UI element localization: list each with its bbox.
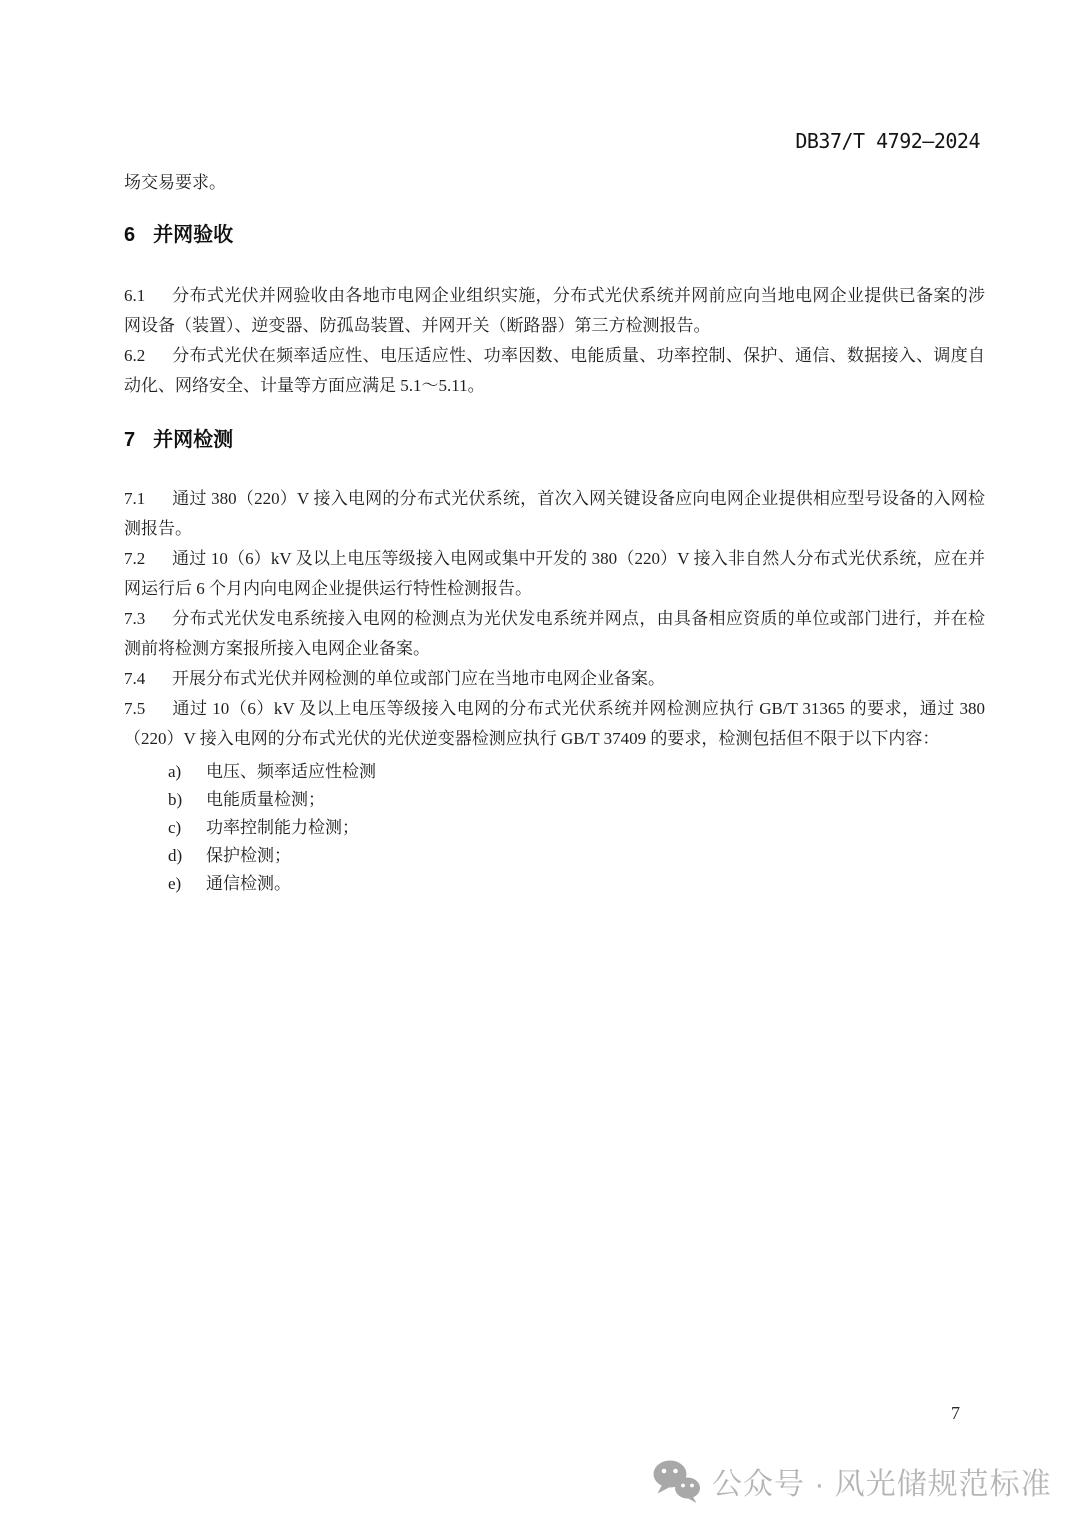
list-marker: e) <box>168 870 206 898</box>
section-title: 并网验收 <box>153 224 233 246</box>
clause-6-1: 6.1分布式光伏并网验收由各地市电网企业组织实施，分布式光伏系统并网前应向当地电… <box>124 281 985 341</box>
clause-7-1: 7.1通过 380（220）V 接入电网的分布式光伏系统，首次入网关键设备应向电… <box>124 484 985 544</box>
document-body: 场交易要求。 6并网验收 6.1分布式光伏并网验收由各地市电网企业组织实施，分布… <box>124 168 985 898</box>
list-marker: d) <box>168 842 206 870</box>
clause-7-2: 7.2通过 10（6）kV 及以上电压等级接入电网或集中开发的 380（220）… <box>124 544 985 604</box>
clause-number: 7.3 <box>124 604 172 634</box>
clause-text: 分布式光伏并网验收由各地市电网企业组织实施，分布式光伏系统并网前应向当地电网企业… <box>124 286 985 335</box>
list-item-e: e)通信检测。 <box>168 870 985 898</box>
clause-text: 开展分布式光伏并网检测的单位或部门应在当地市电网企业备案。 <box>172 669 665 688</box>
list-marker: b) <box>168 786 206 814</box>
section-6-heading: 6并网验收 <box>124 222 985 248</box>
list-item-b: b)电能质量检测； <box>168 786 985 814</box>
clause-text: 通过 10（6）kV 及以上电压等级接入电网或集中开发的 380（220）V 接… <box>124 549 985 598</box>
list-item-a: a)电压、频率适应性检测 <box>168 758 985 786</box>
list-item-c: c)功率控制能力检测； <box>168 814 985 842</box>
clause-7-5: 7.5通过 10（6）kV 及以上电压等级接入电网的分布式光伏系统并网检测应执行… <box>124 694 985 754</box>
list-text: 功率控制能力检测； <box>206 818 359 837</box>
page-header: DB37/T 4792—2024 <box>795 129 980 153</box>
list-marker: a) <box>168 758 206 786</box>
clause-text: 通过 10（6）kV 及以上电压等级接入电网的分布式光伏系统并网检测应执行 GB… <box>124 699 985 748</box>
clause-number: 7.2 <box>124 544 172 574</box>
clause-6-2: 6.2分布式光伏在频率适应性、电压适应性、功率因数、电能质量、功率控制、保护、通… <box>124 341 985 401</box>
clause-7-3: 7.3分布式光伏发电系统接入电网的检测点为光伏发电系统并网点，由具备相应资质的单… <box>124 604 985 664</box>
wechat-icon <box>650 1459 702 1503</box>
clause-text: 通过 380（220）V 接入电网的分布式光伏系统，首次入网关键设备应向电网企业… <box>124 489 985 538</box>
section-7-heading: 7并网检测 <box>124 427 985 453</box>
document-page: DB37/T 4792—2024 场交易要求。 6并网验收 6.1分布式光伏并网… <box>0 0 1080 1527</box>
clause-text: 分布式光伏在频率适应性、电压适应性、功率因数、电能质量、功率控制、保护、通信、数… <box>124 346 985 395</box>
lettered-list: a)电压、频率适应性检测 b)电能质量检测； c)功率控制能力检测； d)保护检… <box>168 758 985 898</box>
clause-number: 6.2 <box>124 341 172 371</box>
clause-number: 7.5 <box>124 694 172 724</box>
list-text: 电压、频率适应性检测 <box>206 762 376 781</box>
watermark-text: 公众号 · 风光储规范标准 <box>712 1459 1052 1503</box>
section-number: 7 <box>124 427 135 453</box>
watermark: 公众号 · 风光储规范标准 <box>650 1459 1052 1503</box>
page-number: 7 <box>951 1403 960 1424</box>
list-item-d: d)保护检测； <box>168 842 985 870</box>
standard-code: DB37/T 4792—2024 <box>795 129 980 153</box>
list-text: 通信检测。 <box>206 874 291 893</box>
clause-number: 7.4 <box>124 664 172 694</box>
section-number: 6 <box>124 222 135 248</box>
list-marker: c) <box>168 814 206 842</box>
clause-number: 6.1 <box>124 281 172 311</box>
clause-number: 7.1 <box>124 484 172 514</box>
clause-7-4: 7.4开展分布式光伏并网检测的单位或部门应在当地市电网企业备案。 <box>124 664 985 694</box>
list-text: 电能质量检测； <box>206 790 325 809</box>
section-title: 并网检测 <box>153 429 233 451</box>
clause-text: 分布式光伏发电系统接入电网的检测点为光伏发电系统并网点，由具备相应资质的单位或部… <box>124 609 985 658</box>
list-text: 保护检测； <box>206 846 291 865</box>
continuation-paragraph: 场交易要求。 <box>124 168 985 198</box>
